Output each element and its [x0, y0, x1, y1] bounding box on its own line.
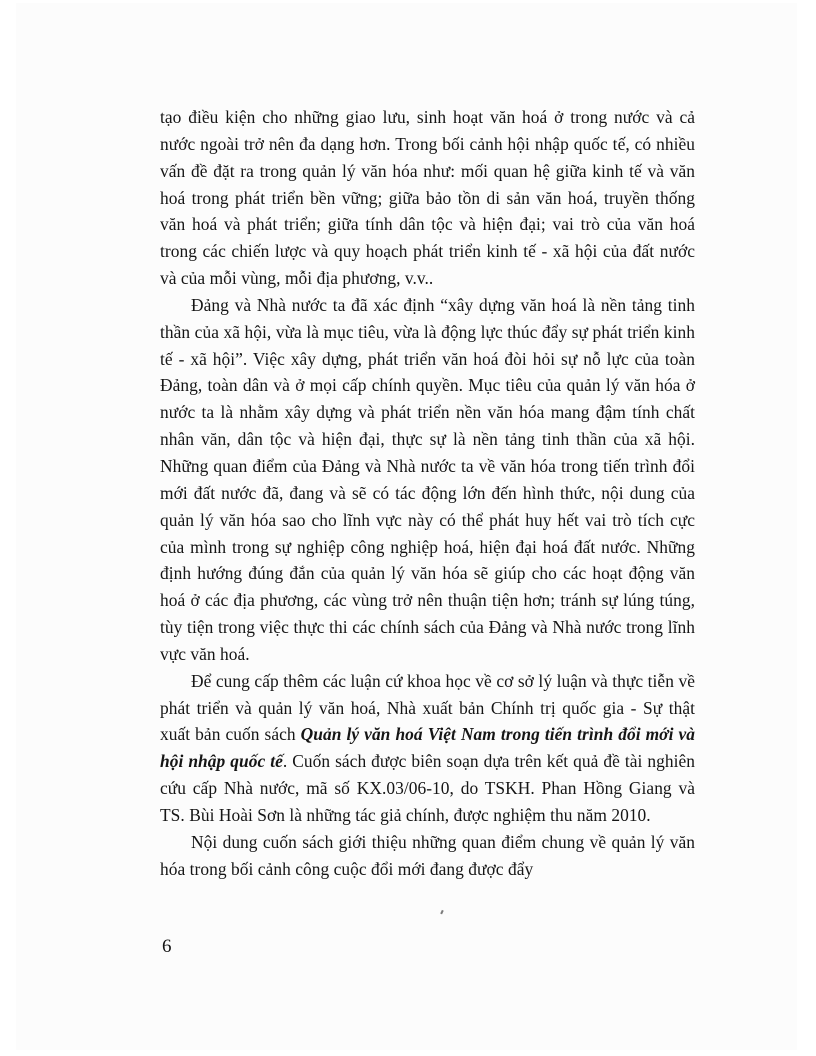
paragraph-3: Để cung cấp thêm các luận cứ khoa học về…	[160, 668, 695, 829]
page-number: 6	[162, 936, 172, 958]
paragraph-4: Nội dung cuốn sách giới thiệu những quan…	[160, 829, 695, 883]
scanned-page: tạo điều kiện cho những giao lưu, sinh h…	[16, 3, 797, 1050]
body-text: tạo điều kiện cho những giao lưu, sinh h…	[160, 104, 695, 882]
paragraph-1: tạo điều kiện cho những giao lưu, sinh h…	[160, 104, 695, 292]
paragraph-2: Đảng và Nhà nước ta đã xác định “xây dựn…	[160, 292, 695, 668]
